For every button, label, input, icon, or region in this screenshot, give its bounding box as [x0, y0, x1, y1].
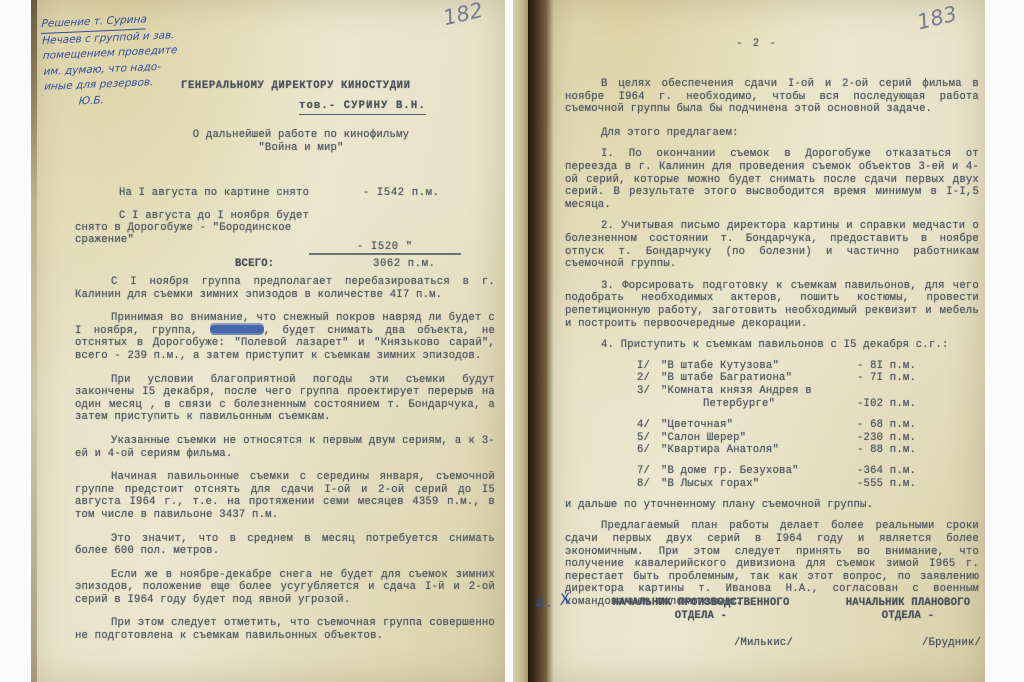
pencil-page-number: 182 — [441, 0, 485, 30]
total-value: 3062 п.м. — [373, 258, 436, 271]
pavilion-name: "Комната князя Андрея вПетербурге" — [661, 385, 857, 411]
subject-line-2: "Война и мир" — [151, 142, 451, 155]
signature-title-line1: НАЧАЛЬНИК ПЛАНОВОГО — [825, 597, 991, 610]
signature-title-line1: НАЧАЛЬНИК ПРОИЗВОДСТВЕННОГО — [599, 597, 803, 610]
footage-row2-value: - I520 " — [357, 241, 413, 254]
numbered-item: 4. Приступить к съемкам павильонов с I5 … — [565, 339, 979, 352]
pavilion-row: I/ "В штабе Кутузова" - 8I п.м. — [637, 360, 979, 373]
footage-row2-line3: сражение" — [75, 234, 134, 247]
pavilion-name-line2: Петербурге" — [661, 398, 857, 411]
pavilion-name: "В штабе Багратиона" — [661, 372, 857, 385]
footage-row1-value: - I542 п.м. — [363, 187, 440, 200]
addressee-name: тов.- СУРИНУ В.Н. — [299, 100, 426, 115]
footage-row2-line1: С I августа до I ноября будет — [119, 210, 309, 223]
signature-production-dept: НАЧАЛЬНИК ПРОИЗВОДСТВЕННОГО ОТДЕЛА - /Ми… — [599, 597, 803, 650]
signature-title-line2: ОТДЕЛА - — [599, 610, 803, 623]
continuation-line: и дальше по уточненному плану съемочной … — [565, 499, 979, 512]
pavilion-footage: - 68 п.м. — [857, 419, 937, 432]
paragraph: Это значит, что в среднем в месяц потреб… — [75, 533, 495, 558]
paragraph: С I ноября группа предполагает перебазир… — [75, 276, 495, 301]
paragraph: Если же в ноябре-декабре снега не будет … — [75, 569, 495, 607]
pavilion-number: 7/ — [637, 465, 661, 478]
pavilion-name-line1: "Комната князя Андрея в — [661, 385, 812, 397]
pavilion-footage: - 8I п.м. — [857, 360, 937, 373]
pavilion-number: 3/ — [637, 385, 661, 398]
total-rule — [309, 253, 461, 255]
paragraph: При условии благоприятной погоды эти съе… — [75, 374, 495, 424]
addressee-line: ГЕНЕРАЛЬНОМУ ДИРЕКТОРУ КИНОСТУДИИ — [181, 80, 411, 93]
pavilion-footage: -555 п.м. — [857, 478, 937, 491]
footage-row1-label: На I августа по картине снято — [119, 187, 309, 200]
pavilion-footage: -364 п.м. — [857, 465, 937, 478]
pavilion-footage: -I02 п.м. — [857, 398, 937, 411]
pavilion-footage: - 88 п.м. — [857, 444, 937, 457]
pavilion-name: "Цветочная" — [661, 419, 857, 432]
pavilion-row: 3/ "Комната князя Андрея вПетербурге" -I… — [637, 385, 979, 411]
numbered-item: I. По окончании съемок в Дорогобуже отка… — [565, 148, 979, 211]
pavilion-name: "В доме гр. Безухова" — [661, 465, 857, 478]
pavilion-number: I/ — [637, 360, 661, 373]
pavilion-number: 6/ — [637, 444, 661, 457]
page1-body-text: С I ноября группа предполагает перебазир… — [75, 276, 495, 654]
pavilion-row: 8/ "В Лысых горах" -555 п.м. — [637, 478, 979, 491]
numbered-item: 2. Учитывая письмо директора картины и с… — [565, 220, 979, 270]
pavilion-name: "Салон Шерер" — [661, 432, 857, 445]
pavilion-row: 7/ "В доме гр. Безухова" -364 п.м. — [637, 465, 979, 478]
numbered-item: 3. Форсировать подготовку к съемкам пави… — [565, 280, 979, 330]
page-marker: - 2 - — [547, 38, 967, 51]
pavilion-name: "В штабе Кутузова" — [661, 360, 857, 373]
signature-block: НАЧАЛЬНИК ПРОИЗВОДСТВЕННОГО ОТДЕЛА - /Ми… — [599, 597, 991, 650]
paragraph: Принимая во внимание, что снежный покров… — [75, 312, 495, 362]
total-label: ВСЕГО: — [235, 258, 274, 271]
book-spine-shadow — [528, 0, 547, 682]
pavilion-number: 5/ — [637, 432, 661, 445]
paragraph: При этом следует отметить, что съемочная… — [75, 617, 495, 642]
pavilion-row: 4/ "Цветочная" - 68 п.м. — [637, 419, 979, 432]
paragraph: Указанные съемки не относятся к первым д… — [75, 435, 495, 460]
scanned-page-left: Решение т. Сурина Нечаев с группой и зав… — [31, 0, 505, 682]
footage-row2-line2: снято в Дорогобуже - "Бородинское — [75, 222, 291, 235]
page2-body-text: В целях обеспечения сдачи I-ой и 2-ой се… — [565, 78, 979, 609]
signature-name: /Брудник/ — [825, 637, 991, 650]
pavilion-footage: - 7I п.м. — [857, 372, 937, 385]
signature-title-line2: ОТДЕЛА - — [825, 610, 991, 623]
pavilion-row: 6/ "Квартира Анатоля" - 88 п.м. — [637, 444, 979, 457]
pavilion-footage-list: I/ "В штабе Кутузова" - 8I п.м. 2/ "В шт… — [637, 360, 979, 491]
propose-label: Для этого предлагаем: — [565, 127, 979, 140]
archival-scan: { "document": { "type": "typewritten mem… — [0, 0, 1024, 682]
pavilion-name: "Квартира Анатоля" — [661, 444, 857, 457]
page-edge-strip — [513, 0, 528, 682]
pavilion-number: 8/ — [637, 478, 661, 491]
paragraph: В целях обеспечения сдачи I-ой и 2-ой се… — [565, 78, 979, 116]
pavilion-number: 4/ — [637, 419, 661, 432]
pavilion-name: "В Лысых горах" — [661, 478, 857, 491]
pencil-page-number: 183 — [915, 2, 960, 35]
pavilion-footage: -230 п.м. — [857, 432, 937, 445]
handwritten-resolution-note: Решение т. Сурина Нечаев с группой и зав… — [41, 9, 225, 111]
pavilion-number: 2/ — [637, 372, 661, 385]
paragraph: Начиная павильонные съемки с середины ян… — [75, 471, 495, 521]
signature-planning-dept: НАЧАЛЬНИК ПЛАНОВОГО ОТДЕЛА - /Брудник/ — [825, 597, 991, 650]
paragraph: Предлагаемый план работы делает более ре… — [565, 520, 979, 608]
pavilion-row: 2/ "В штабе Багратиона" - 7I п.м. — [637, 372, 979, 385]
pavilion-row: 5/ "Салон Шерер" -230 п.м. — [637, 432, 979, 445]
subject-line-1: О дальнейшей работе по кинофильму — [151, 129, 451, 142]
signature-name: /Милькис/ — [599, 637, 803, 650]
scanned-page-right: 183 - 2 - В целях обеспечения сдачи I-ой… — [547, 0, 985, 682]
ink-scribble-crossout — [210, 325, 264, 333]
